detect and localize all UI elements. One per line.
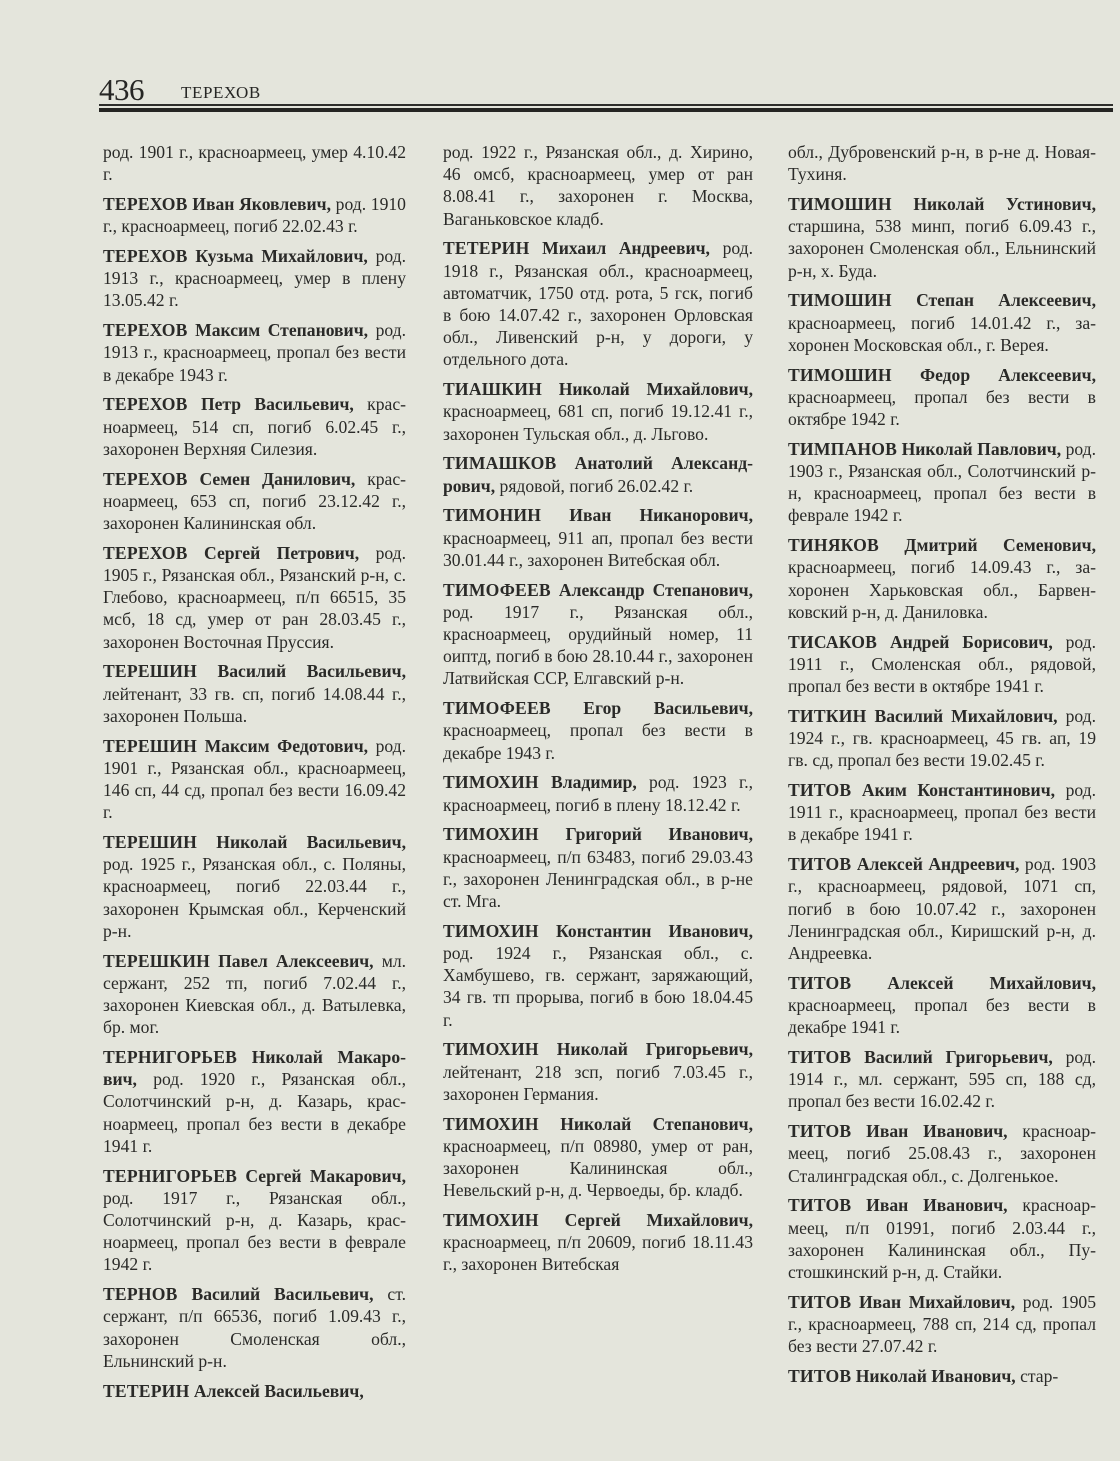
entry-given-name: Николай Павлович, — [902, 439, 1062, 459]
entry-surname: ТИМОХИН — [443, 824, 539, 844]
dictionary-entry: род. 1901 г., красноармеец, умер 4.10.42… — [103, 141, 406, 185]
entry-surname: ТИМОХИН — [443, 921, 539, 941]
dictionary-entry: ТЕРЕШКИН Павел Алексеевич, мл. сержант, … — [103, 950, 406, 1039]
entry-text: род. 1917 г., Рязанская обл., Солотчинск… — [103, 1188, 406, 1275]
entry-text: красноармеец, п/п 20609, погиб 18.11.43 … — [443, 1232, 753, 1274]
entry-surname: ТИТОВ — [788, 1292, 851, 1312]
entry-surname: ТЕРЕШКИН — [103, 951, 210, 971]
dictionary-entry: ТЕРЕХОВ Петр Васильевич, крас­ноармеец, … — [103, 393, 406, 460]
dictionary-entry: обл., Дубровенский р-н, в р-не д. Новая-… — [788, 141, 1096, 185]
entry-text: род. 1924 г., Рязанская обл., с. Хамбуше… — [443, 943, 753, 1030]
entry-text: лейтенант, 218 зсп, погиб 7.03.45 г., за… — [443, 1062, 753, 1104]
entry-given-name: Иван Яковлевич, — [192, 194, 331, 214]
entry-given-name: Михаил Андреевич, — [542, 238, 710, 258]
entry-given-name: Николай Михайло­вич, — [559, 379, 753, 399]
dictionary-entry: ТИНЯКОВ Дмитрий Семенович, красноармеец,… — [788, 534, 1096, 623]
dictionary-entry: ТЕРНИГОРЬЕВ Николай Макаро­вич, род. 192… — [103, 1046, 406, 1157]
entry-text: старшина, 538 минп, погиб 6.09.43 г., за… — [788, 216, 1096, 280]
dictionary-entry: ТИМОШИН Степан Алексеевич, красноармеец,… — [788, 289, 1096, 356]
entry-surname: ТИМОШИН — [788, 290, 892, 310]
entry-surname: ТИМОФЕЕВ — [443, 580, 551, 600]
dictionary-entry: ТИМОХИН Григорий Иванович, красноармеец,… — [443, 823, 753, 912]
entry-surname: ТИТКИН — [788, 706, 866, 726]
entry-given-name: Максим Федотович, — [205, 736, 368, 756]
entry-given-name: Василий Васильевич, — [191, 1284, 373, 1304]
entry-surname: ТИТОВ — [788, 854, 851, 874]
entry-text: красноармеец, пропал без вести в декабре… — [788, 995, 1096, 1037]
entry-surname: ТЕРЕХОВ — [103, 246, 188, 266]
entry-given-name: Василий Михайлович, — [875, 706, 1058, 726]
entry-given-name: Павел Алексеевич, — [218, 951, 373, 971]
entry-surname: ТИМОХИН — [443, 772, 539, 792]
dictionary-entry: ТЕРНОВ Василий Васильевич, ст. сержант, … — [103, 1283, 406, 1372]
entry-text: красноармеец, 681 сп, погиб 19.12.41 г.,… — [443, 401, 753, 443]
entry-given-name: Федор Алексеевич, — [920, 365, 1096, 385]
entry-surname: ТИНЯКОВ — [788, 535, 879, 555]
dictionary-entry: ТЕРЕХОВ Максим Степанович, род. 1913 г.,… — [103, 319, 406, 386]
entry-surname: ТИМОХИН — [443, 1039, 539, 1059]
entry-surname: ТИТОВ — [788, 1047, 851, 1067]
entry-surname: ТИТОВ — [788, 1195, 851, 1215]
entry-given-name: Иван Никанорович, — [569, 505, 753, 525]
entry-text: род. 1901 г., красноармеец, умер 4.10.42… — [103, 142, 406, 184]
dictionary-entry: ТЕРЕХОВ Кузьма Михайлович, род. 1913 г.,… — [103, 245, 406, 312]
dictionary-entry: ТИМОШИН Федор Алексеевич, красноармеец, … — [788, 364, 1096, 431]
entry-given-name: Иван Иванович, — [866, 1121, 1007, 1141]
entry-surname: ТЕРЕХОВ — [103, 194, 188, 214]
dictionary-entry: ТИТОВ Николай Иванович, стар- — [788, 1365, 1096, 1387]
entry-given-name: Алексей Андреевич, — [857, 854, 1020, 874]
entry-given-name: Дмитрий Семенович, — [904, 535, 1096, 555]
entry-text: рядовой, погиб 26.02.42 г. — [500, 476, 694, 496]
entry-surname: ТИМОФЕЕВ — [443, 698, 551, 718]
page-number: 436 — [99, 72, 144, 108]
entry-given-name: Василий Васильевич, — [218, 661, 407, 681]
entry-surname: ТЕРЕХОВ — [103, 320, 188, 340]
entry-given-name: Сергей Петрович, — [204, 543, 359, 563]
entry-surname: ТЕРЕШИН — [103, 661, 197, 681]
entry-given-name: Иван Иванович, — [866, 1195, 1007, 1215]
entry-surname: ТЕРНОВ — [103, 1284, 178, 1304]
dictionary-entry: ТИМПАНОВ Николай Павлович, род. 1903 г.,… — [788, 438, 1096, 527]
dictionary-entry: ТИМОНИН Иван Никанорович, красноармеец, … — [443, 504, 753, 571]
dictionary-entry: ТЕРЕШИН Максим Федотович, род. 1901 г., … — [103, 735, 406, 824]
entry-given-name: Василий Григорьевич, — [864, 1047, 1053, 1067]
entry-given-name: Константин Ивано­вич, — [556, 921, 753, 941]
entry-surname: ТИТОВ — [788, 973, 851, 993]
dictionary-entry: ТИАШКИН Николай Михайло­вич, красноармее… — [443, 378, 753, 445]
dictionary-entry: ТЕРЕХОВ Иван Яковлевич, род. 1910 г., кр… — [103, 193, 406, 237]
column-3: обл., Дубровенский р-н, в р-не д. Новая-… — [788, 141, 1096, 1395]
entry-surname: ТЕРЕШИН — [103, 736, 197, 756]
entry-given-name: Сергей Макаро­вич, — [245, 1166, 406, 1186]
dictionary-entry: ТИТОВ Иван Иванович, красноар­меец, поги… — [788, 1120, 1096, 1187]
column-2: род. 1922 г., Рязанская обл., д. Хи­рино… — [443, 141, 753, 1283]
entry-surname: ТИТОВ — [788, 780, 851, 800]
entry-surname: ТЕРНИГОРЬЕВ — [103, 1047, 237, 1067]
entry-given-name: Иван Михайлович, — [859, 1292, 1015, 1312]
entry-surname: ТИМПАНОВ — [788, 439, 897, 459]
header-rule-thick — [99, 108, 1113, 112]
entry-surname: ТЕРНИГОРЬЕВ — [103, 1166, 237, 1186]
dictionary-entry: ТИТОВ Василий Григорьевич, род. 1914 г.,… — [788, 1046, 1096, 1113]
entry-surname: ТЕТЕРИН — [103, 1381, 189, 1401]
entry-surname: ТИТОВ — [788, 1366, 851, 1386]
dictionary-entry: ТИМОХИН Владимир, род. 1923 г., красноар… — [443, 771, 753, 815]
entry-given-name: Андрей Борисович, — [890, 632, 1053, 652]
entry-text: красноармеец, погиб 14.01.42 г., за­хоро… — [788, 313, 1096, 355]
entry-given-name: Алексей Васильевич, — [194, 1381, 364, 1401]
entry-surname: ТЕРЕХОВ — [103, 543, 188, 563]
entry-surname: ТЕТЕРИН — [443, 238, 529, 258]
dictionary-entry: ТИСАКОВ Андрей Борисович, род. 1911 г., … — [788, 631, 1096, 698]
entry-text: красноармеец, погиб 14.09.43 г., за­хоро… — [788, 557, 1096, 621]
dictionary-entry: ТИТОВ Алексей Андреевич, род. 1903 г., к… — [788, 853, 1096, 964]
entry-surname: ТИСАКОВ — [788, 632, 877, 652]
entry-text: лейтенант, 33 гв. сп, погиб 14.08.44 г.,… — [103, 684, 406, 726]
dictionary-entry: ТИМОХИН Николай Григорье­вич, лейтенант,… — [443, 1038, 753, 1105]
entry-given-name: Степан Алексеевич, — [916, 290, 1096, 310]
dictionary-entry: ТИМОШИН Николай Устинович, старшина, 538… — [788, 193, 1096, 282]
entry-text: стар- — [1020, 1366, 1058, 1386]
entry-text: обл., Дубровенский р-н, в р-не д. Новая-… — [788, 142, 1096, 184]
entry-text: красноармеец, пропал без вести в октябре… — [788, 387, 1096, 429]
entry-surname: ТЕРЕШИН — [103, 832, 197, 852]
dictionary-entry: ТИТОВ Аким Константинович, род. 1911 г.,… — [788, 779, 1096, 846]
dictionary-entry: ТЕТЕРИН Алексей Васильевич, — [103, 1380, 406, 1402]
dictionary-entry: ТИМОФЕЕВ Александр Степано­вич, род. 191… — [443, 579, 753, 690]
dictionary-entry: ТИМОХИН Константин Ивано­вич, род. 1924 … — [443, 920, 753, 1031]
entry-given-name: Кузьма Михайлович, — [195, 246, 367, 266]
entry-given-name: Александр Степано­вич, — [559, 580, 753, 600]
dictionary-entry: ТИМОХИН Сергей Михайлович, красноармеец,… — [443, 1209, 753, 1276]
dictionary-entry: ТИТОВ Иван Иванович, красноар­меец, п/п … — [788, 1194, 1096, 1283]
entry-given-name: Петр Васильевич, — [201, 394, 354, 414]
dictionary-entry: ТЕТЕРИН Михаил Андреевич, род. 1918 г., … — [443, 237, 753, 370]
entry-text: род. 1922 г., Рязанская обл., д. Хи­рино… — [443, 142, 753, 229]
entry-given-name: Николай Степанович, — [560, 1114, 753, 1134]
entry-text: красноармеец, п/п 08980, умер от ран, за… — [443, 1136, 753, 1200]
entry-given-name: Николай Григорье­вич, — [557, 1039, 753, 1059]
entry-given-name: Владимир, — [551, 772, 637, 792]
dictionary-entry: ТИМОФЕЕВ Егор Васильевич, красноармеец, … — [443, 697, 753, 764]
entry-surname: ТЕРЕХОВ — [103, 469, 188, 489]
entry-given-name: Максим Степанович, — [195, 320, 368, 340]
dictionary-entry: ТЕРНИГОРЬЕВ Сергей Макаро­вич, род. 1917… — [103, 1165, 406, 1276]
page-header: 436 ТЕРЕХОВ — [99, 72, 1113, 112]
header-rule-thin — [99, 104, 1113, 106]
dictionary-entry: ТИТОВ Алексей Михайлович, красноармеец, … — [788, 972, 1096, 1039]
dictionary-entry: ТИТКИН Василий Михайлович, род. 1924 г.,… — [788, 705, 1096, 772]
entry-surname: ТИМОХИН — [443, 1210, 539, 1230]
entry-text: род. 1925 г., Рязанская обл., с. По­ляны… — [103, 854, 406, 941]
entry-surname: ТИАШКИН — [443, 379, 542, 399]
entry-given-name: Николай Иванович, — [856, 1366, 1016, 1386]
entry-surname: ТИМОХИН — [443, 1114, 539, 1134]
dictionary-entry: ТЕРЕШИН Василий Васильевич, лейтенант, 3… — [103, 660, 406, 727]
column-1: род. 1901 г., красноармеец, умер 4.10.42… — [103, 141, 406, 1409]
dictionary-entry: ТИТОВ Иван Михайлович, род. 1905 г., кра… — [788, 1291, 1096, 1358]
entry-text: род. 1920 г., Рязанская обл., Солотчинск… — [103, 1069, 406, 1156]
dictionary-entry: ТЕРЕШИН Николай Васильевич, род. 1925 г.… — [103, 831, 406, 942]
entry-text: род. 1917 г., Рязанская обл., красноарме… — [443, 602, 753, 689]
entry-surname: ТИТОВ — [788, 1121, 851, 1141]
entry-surname: ТИМОНИН — [443, 505, 541, 525]
dictionary-entry: ТЕРЕХОВ Семен Данилович, крас­ноармеец, … — [103, 468, 406, 535]
entry-surname: ТИМОШИН — [788, 365, 892, 385]
entry-surname: ТЕРЕХОВ — [103, 394, 188, 414]
entry-given-name: Сергей Михайлович, — [565, 1210, 753, 1230]
entry-given-name: Григорий Иванович, — [565, 824, 753, 844]
entry-given-name: Семен Данилович, — [199, 469, 355, 489]
entry-surname: ТИМАШКОВ — [443, 453, 556, 473]
entry-text: красноармеец, п/п 63483, погиб 29.03.43 … — [443, 847, 753, 911]
entry-given-name: Аким Константинович, — [862, 780, 1055, 800]
entry-given-name: Николай Устинович, — [913, 194, 1096, 214]
running-head: ТЕРЕХОВ — [181, 82, 261, 104]
entry-given-name: Егор Васильевич, — [583, 698, 753, 718]
entry-given-name: Алексей Михайлович, — [887, 973, 1096, 993]
dictionary-entry: род. 1922 г., Рязанская обл., д. Хи­рино… — [443, 141, 753, 230]
entry-text: красноармеец, пропал без вести в декабре… — [443, 720, 753, 762]
entry-surname: ТИМОШИН — [788, 194, 892, 214]
entry-given-name: Николай Васильевич, — [216, 832, 406, 852]
dictionary-entry: ТИМАШКОВ Анатолий Александ­рович, рядово… — [443, 452, 753, 496]
entry-text: красноармеец, 911 ап, пропал без вести 3… — [443, 528, 753, 570]
dictionary-entry: ТИМОХИН Николай Степанович, красноармеец… — [443, 1113, 753, 1202]
dictionary-entry: ТЕРЕХОВ Сергей Петрович, род. 1905 г., Р… — [103, 542, 406, 653]
